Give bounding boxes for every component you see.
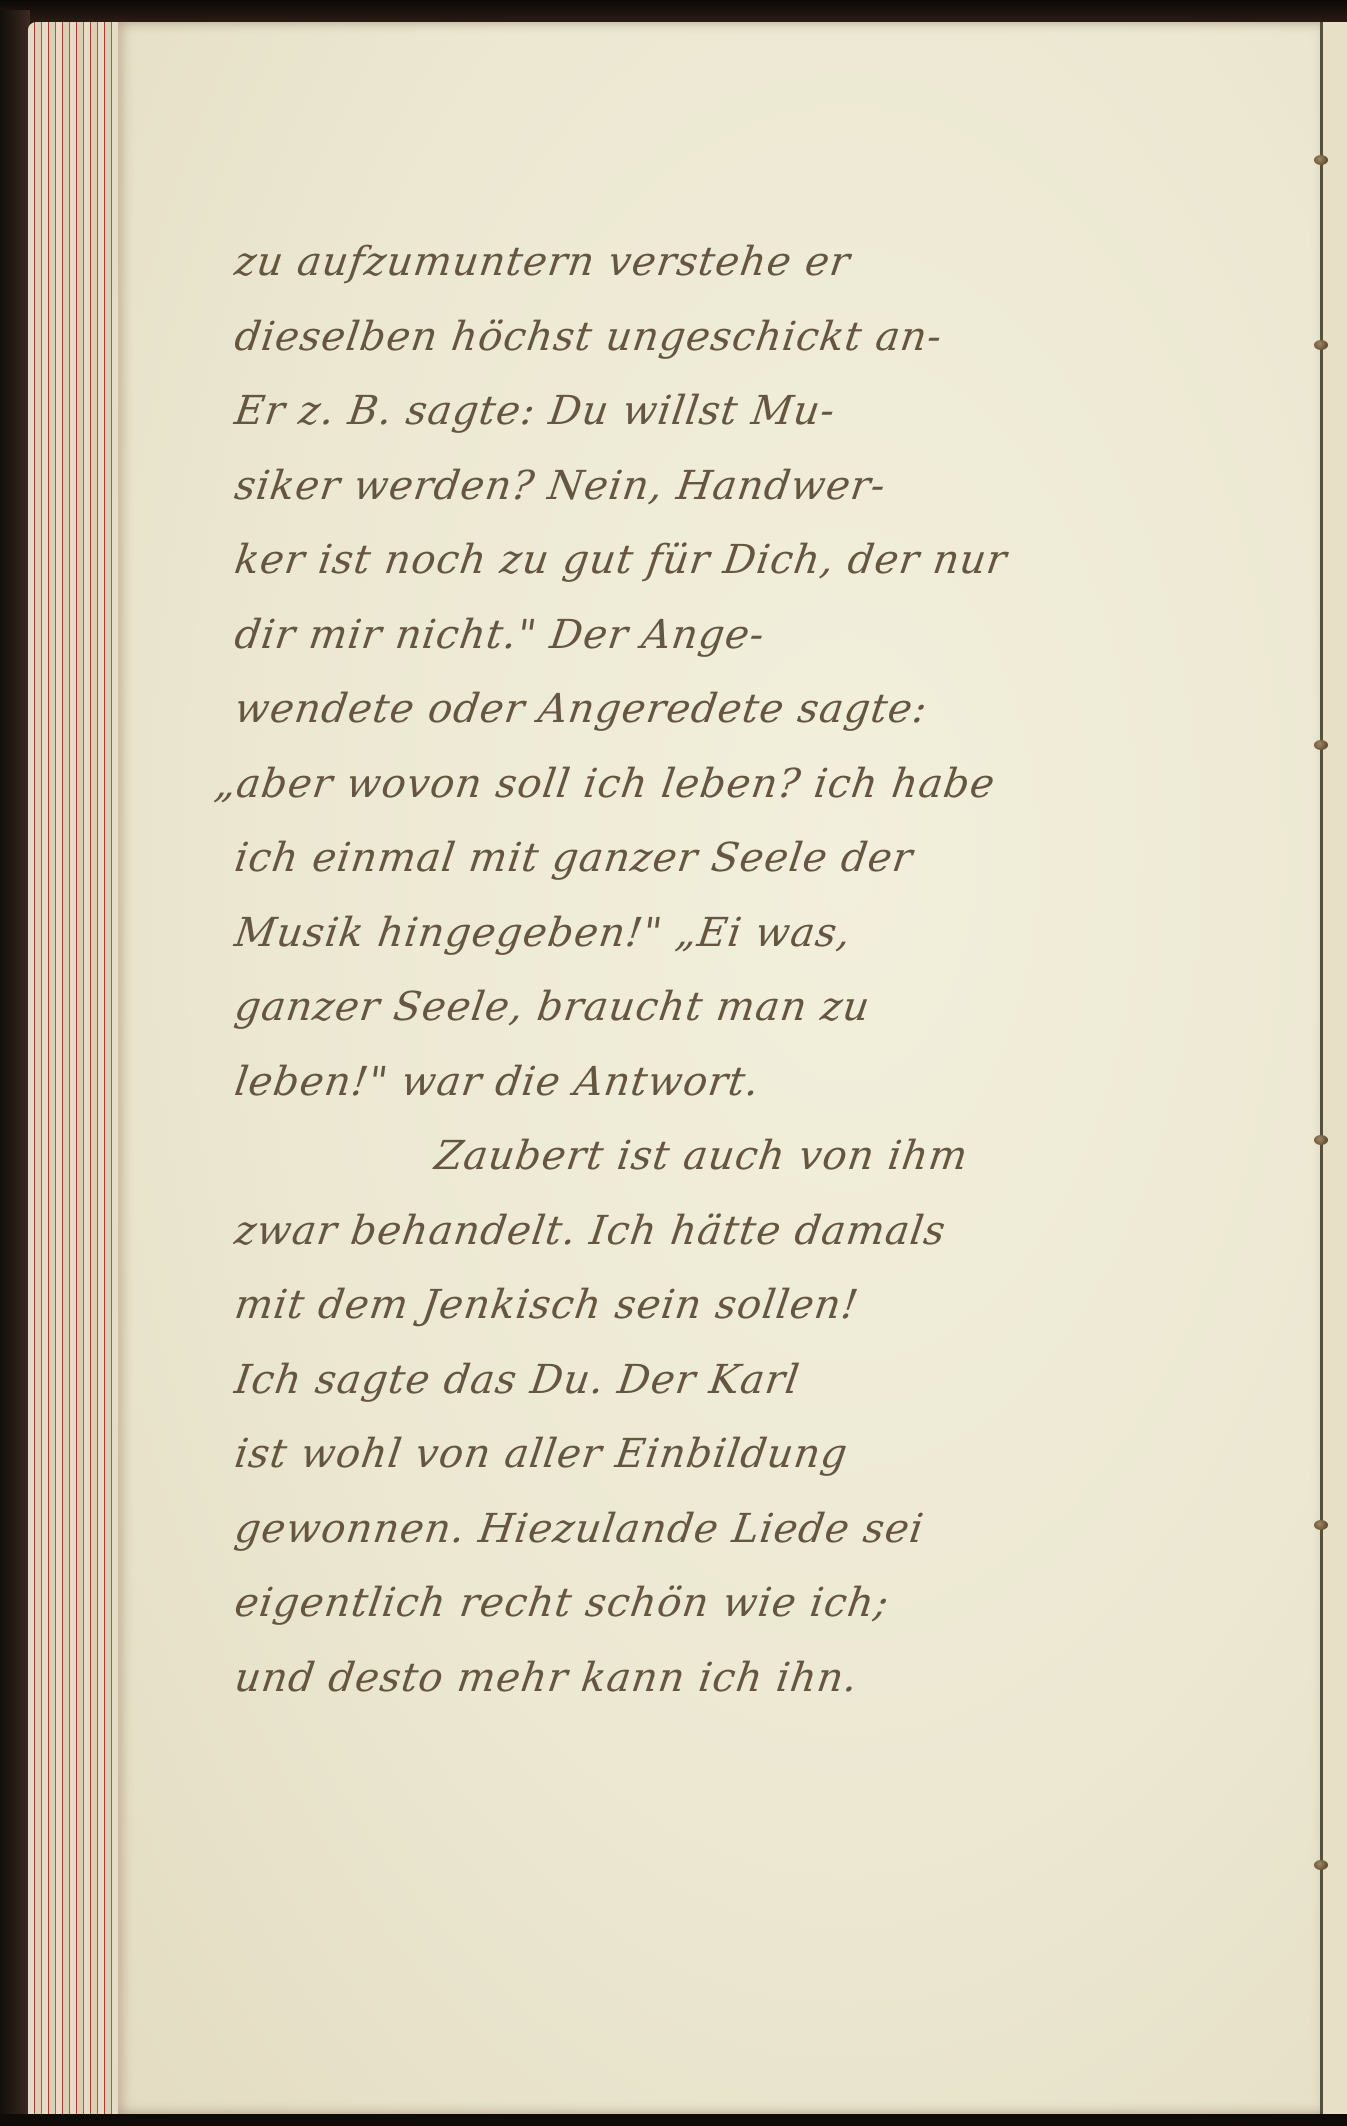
text-line: mit dem Jenkisch sein sollen! — [230, 1268, 1240, 1343]
binding-stitch-icon — [1314, 740, 1328, 750]
handwritten-text: zu aufzumuntern verstehe er dieselben hö… — [235, 225, 1235, 1715]
binding-stitch-icon — [1314, 1520, 1328, 1530]
binding-stitch-icon — [1314, 340, 1328, 350]
text-line: gewonnen. Hiezulande Liede sei — [230, 1492, 1240, 1567]
stacked-page-edges — [28, 22, 120, 2122]
text-line: dir mir nicht." Der Ange- — [230, 598, 1240, 673]
text-line: siker werden? Nein, Handwer- — [230, 449, 1240, 524]
text-line: ker ist noch zu gut für Dich, der nur — [230, 523, 1240, 598]
binding-stitch-icon — [1314, 1135, 1328, 1145]
text-line: leben!" war die Antwort. — [230, 1045, 1240, 1120]
text-line: ganzer Seele, braucht man zu — [230, 970, 1240, 1045]
book-spine — [0, 10, 30, 2126]
text-line: Musik hingegeben!" „Ei was, — [230, 896, 1240, 971]
text-line: „aber wovon soll ich leben? ich habe — [210, 747, 1240, 822]
text-line: wendete oder Angeredete sagte: — [230, 672, 1240, 747]
binding-stitch-icon — [1314, 155, 1328, 165]
text-line: Er z. B. sagte: Du willst Mu- — [230, 374, 1240, 449]
text-line: eigentlich recht schön wie ich; — [230, 1566, 1240, 1641]
text-line: dieselben höchst ungeschickt an- — [230, 300, 1240, 375]
text-line: ich einmal mit ganzer Seele der — [230, 821, 1240, 896]
text-line: ist wohl von aller Einbildung — [230, 1417, 1240, 1492]
text-line: und desto mehr kann ich ihn. — [230, 1641, 1240, 1716]
scan-top-border — [0, 0, 1347, 22]
facing-page-strip — [1323, 22, 1347, 2114]
text-line: Ich sagte das Du. Der Karl — [230, 1343, 1240, 1418]
scan-bottom-border — [0, 2114, 1347, 2126]
text-line: zwar behandelt. Ich hätte damals — [230, 1194, 1240, 1269]
text-line: Zaubert ist auch von ihm — [230, 1119, 1240, 1194]
binding-stitch-icon — [1314, 1860, 1328, 1870]
text-line: zu aufzumuntern verstehe er — [230, 225, 1240, 300]
